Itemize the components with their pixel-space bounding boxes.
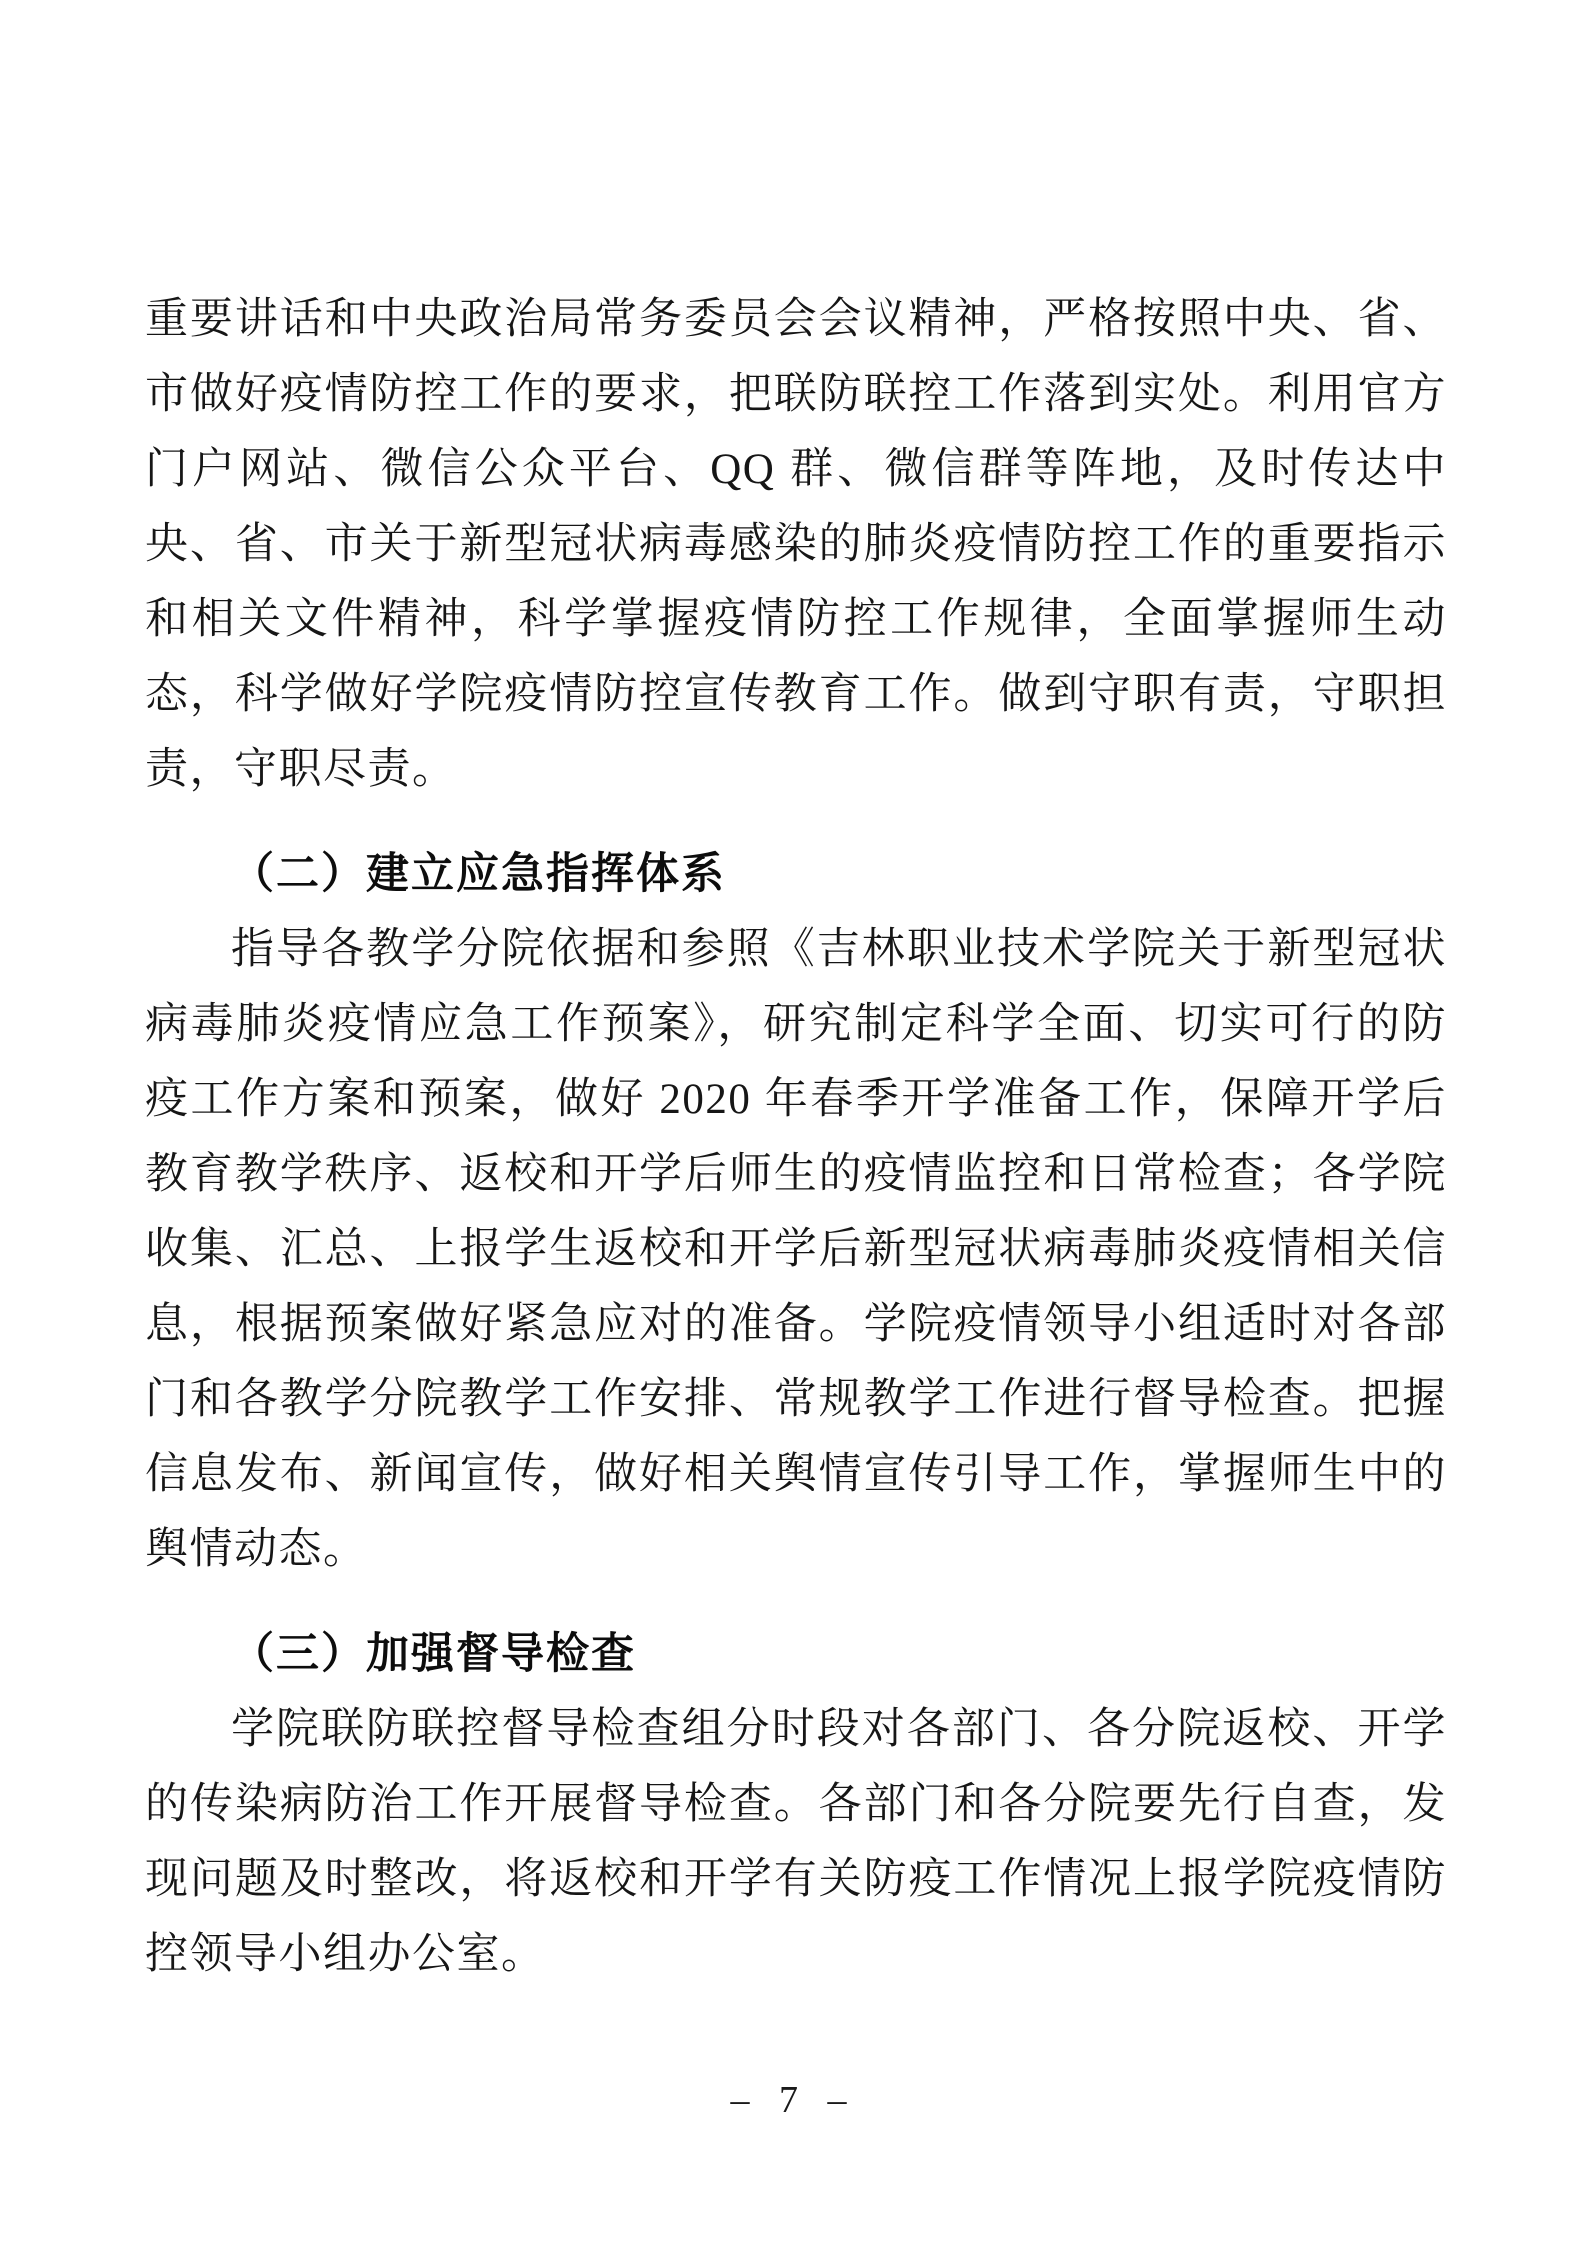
paragraph-emergency-command-system: 指导各教学分院依据和参照《吉林职业技术学院关于新型冠状病毒肺炎疫情应急工作预案》… bbox=[145, 912, 1447, 1587]
paragraph-continuation: 重要讲话和中央政治局常务委员会会议精神，严格按照中央、省、市做好疫情防控工作的要… bbox=[145, 282, 1447, 807]
section-heading-3: （三）加强督导检查 bbox=[145, 1617, 1447, 1692]
section-heading-2: （二）建立应急指挥体系 bbox=[145, 837, 1447, 912]
document-page: 重要讲话和中央政治局常务委员会会议精神，严格按照中央、省、市做好疫情防控工作的要… bbox=[0, 0, 1587, 2245]
paragraph-supervision-inspection: 学院联防联控督导检查组分时段对各部门、各分院返校、开学的传染病防治工作开展督导检… bbox=[145, 1692, 1447, 1992]
page-number: – 7 – bbox=[0, 2078, 1587, 2122]
document-body: 重要讲话和中央政治局常务委员会会议精神，严格按照中央、省、市做好疫情防控工作的要… bbox=[145, 282, 1447, 1992]
